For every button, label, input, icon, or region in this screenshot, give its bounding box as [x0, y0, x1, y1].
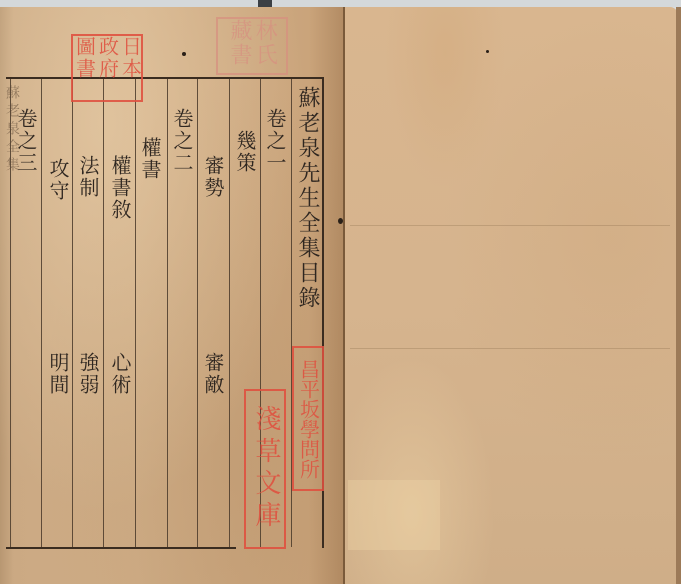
seal-stamp-asakusa-bunko: 淺草文庫: [244, 389, 286, 549]
volume-2-heading: 卷之二: [172, 108, 192, 174]
toc-entry: 權書敘: [110, 155, 130, 221]
toc-title: 蘇老泉先生全集目錄: [296, 86, 318, 311]
column-rule: [103, 79, 104, 547]
spine-shadow: [258, 0, 272, 7]
wormhole: [182, 52, 186, 56]
volume-3-heading: 卷之三: [16, 108, 36, 174]
toc-entry: 強弱: [78, 352, 98, 396]
paper-fold: [350, 225, 670, 226]
left-page: [0, 7, 344, 584]
wormhole: [338, 218, 343, 224]
column-rule: [72, 79, 73, 547]
column-rule: [135, 79, 136, 547]
toc-entry: 權書: [140, 137, 160, 181]
column-rule: [41, 79, 42, 547]
seal-stamp-shoheizaka: 昌平坂學問所: [292, 346, 324, 491]
toc-entry: 攻守: [48, 158, 68, 202]
frame-top-border: [6, 77, 324, 79]
seal-stamp-hayashi-collection: 林氏藏書: [216, 17, 288, 75]
toc-entry: 幾策: [235, 130, 255, 174]
toc-entry: 法制: [78, 155, 98, 199]
toc-entry: 心術: [110, 352, 130, 396]
wormhole: [486, 50, 489, 53]
toc-entry: 審敵: [203, 352, 223, 396]
paper-repair-patch: [348, 480, 440, 550]
column-rule: [229, 79, 230, 547]
toc-entry: 明間: [48, 352, 68, 396]
background-strip: [0, 0, 681, 7]
volume-1-heading: 卷之一: [265, 108, 285, 174]
page-edge: [676, 7, 681, 584]
seal-stamp-japan-government-library: 日本政府圖書: [71, 34, 143, 102]
column-rule: [167, 79, 168, 547]
book-spread: 蘇老泉全集 蘇老泉先生全集目錄 卷之一 幾策 審勢 審敵 卷之二 權書 權書敘 …: [0, 0, 681, 584]
frame-bottom-border: [6, 547, 236, 549]
column-rule: [197, 79, 198, 547]
toc-entry: 審勢: [203, 155, 223, 199]
paper-fold: [350, 348, 670, 349]
